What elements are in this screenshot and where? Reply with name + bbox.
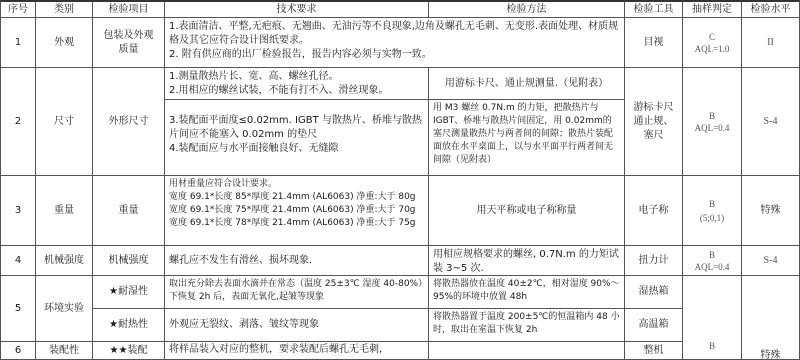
row5b-requirement: 外观应无裂纹、剥落、皱纹等现象 (165, 309, 429, 342)
row3-requirement: 用材重量应符合设计要求。 宽度 69.1*长度 85*厚度 21.4mm (AL… (165, 176, 429, 246)
row5b-tool: 高温箱 (625, 309, 683, 342)
row1-category: 外观 (36, 18, 93, 68)
row3-no: 3 (0, 176, 36, 246)
row2-sampling-grade: B (709, 110, 715, 122)
row5a-method: 将散热器放在温度 40±2℃，相对湿度 90%～95%的环境中放置 48h (429, 276, 625, 309)
row5b-item: ★耐热性 (93, 309, 165, 342)
row2-req-line4: 4.装配面应与水平面接触良好、无缝隙 (169, 142, 424, 156)
row3-tool: 电子称 (625, 176, 683, 246)
row3-category: 重量 (36, 176, 93, 246)
row4-no: 4 (0, 246, 36, 276)
header-item: 检验项目 (93, 0, 165, 18)
row3-sampling-plan: (5;0,1) (700, 211, 724, 225)
row6-requirement: 将样品装入对应的整机，要求装配后螺孔无毛刺， (165, 342, 429, 360)
row3-level: 特殊 (742, 176, 800, 246)
row1-requirement: 1.表面清洁、平整,无疤痕、无翘曲、无油污等不良现象,边角及螺孔无毛刺、无变形.… (165, 18, 625, 68)
row5a-requirement: 取出充分除去表面水滴并在常态（温度 25±3℃ 湿度 40-80%）下恢复 2h… (165, 276, 429, 309)
inspection-table: 序号 类别 检验项目 技术要求 检验方法 检验工具 抽样判定 检验水平 1 外观… (0, 0, 800, 360)
row3-method: 用天平称或电子称称量 (429, 176, 625, 246)
row5b-method: 将散热器置于温度 200±5℃的恒温箱内 48 小时，取出在室温下恢复 2h (429, 309, 625, 342)
row1-req-line2: 2. 附有供应商的出厂检验报告，报告内容必须与实物一致。 (169, 48, 620, 62)
row5-category: 环境实验 (36, 276, 93, 342)
row6-item: ★★装配 (93, 342, 165, 360)
row1-sampling-grade: C (709, 31, 715, 43)
row3-item: 重量 (93, 176, 165, 246)
header-requirement: 技术要求 (165, 0, 429, 18)
row4-sampling: B AQL=0.4 (683, 246, 742, 276)
row3-req-line1: 用材重量应符合设计要求。 (169, 178, 424, 191)
row4-sampling-grade: B (709, 249, 715, 261)
row2-sampling-aql: AQL=0.4 (695, 122, 730, 134)
row4-sampling-aql: AQL=0.4 (695, 261, 730, 273)
row2-tool: 游标卡尺通止规、塞尺 (625, 68, 683, 176)
row1-req-line1: 1.表面清洁、平整,无疤痕、无翘曲、无油污等不良现象,边角及螺孔无毛刺、无变形.… (169, 20, 620, 48)
row1-level: II (742, 18, 800, 68)
header-sampling: 抽样判定 (683, 0, 742, 18)
row6-method (429, 342, 625, 360)
header-level: 检验水平 (742, 0, 800, 18)
row4-item: 机械强度 (93, 246, 165, 276)
row5-6-level: 特殊 (742, 276, 800, 360)
header-tool: 检验工具 (625, 0, 683, 18)
row5-6-sampling: B (683, 276, 742, 360)
row2-requirement-a: 1.测量散热片长、宽、高、螺丝孔径。 2.用相应的螺丝试装，不能有打不入、滑丝现… (165, 68, 429, 100)
row4-level: S-4 (742, 246, 800, 276)
row4-requirement: 螺孔应不发生有滑丝、损坏现象. (165, 246, 429, 276)
row6-no: 6 (0, 342, 36, 360)
row2-method-a: 用游标卡尺、通止规测量.（见附表） (429, 68, 625, 100)
row2-no: 2 (0, 68, 36, 176)
row2-requirement-b: 3.装配面平面度≤0.02mm. IGBT 与散热片、桥堆与散热片间应不能塞入 … (165, 100, 429, 176)
row2-item: 外形尺寸 (93, 68, 165, 176)
row2-level: S-4 (742, 68, 800, 176)
row5a-item: ★耐湿性 (93, 276, 165, 309)
row2-method-b: 用 M3 螺丝 0.7N.m 的力矩，把散热片与IGBT、桥堆与散热片间固定，用… (429, 100, 625, 176)
row2-req-line3: 3.装配面平面度≤0.02mm. IGBT 与散热片、桥堆与散热片间应不能塞入 … (169, 114, 424, 142)
header-method: 检验方法 (429, 0, 625, 18)
row6-tool: 整机 (625, 342, 683, 360)
row2-req-line2: 2.用相应的螺丝试装，不能有打不入、滑丝现象。 (169, 84, 424, 98)
row2-category: 尺寸 (36, 68, 93, 176)
row4-category: 机械强度 (36, 246, 93, 276)
row3-req-line4: 宽度 69.1*长度 78*厚度 21.4mm (AL6063) 净重:大于 7… (169, 217, 424, 230)
header-no: 序号 (0, 0, 36, 18)
row3-sampling: B (5;0,1) (683, 176, 742, 246)
row3-sampling-grade: B (709, 197, 715, 211)
row6-category: 装配性 (36, 342, 93, 360)
row5-no: 5 (0, 276, 36, 342)
row2-req-line1: 1.测量散热片长、宽、高、螺丝孔径。 (169, 70, 424, 84)
header-category: 类别 (36, 0, 93, 18)
row1-sampling-aql: AQL=1.0 (695, 43, 730, 55)
row2-sampling: B AQL=0.4 (683, 68, 742, 176)
row4-method: 用相应规格要求的螺丝, 0.7N.m 的力矩试装 3~5 次. (429, 246, 625, 276)
row1-sampling: C AQL=1.0 (683, 18, 742, 68)
row4-tool: 扭力计 (625, 246, 683, 276)
row1-item: 包装及外观质量 (93, 18, 165, 68)
row3-req-line3: 宽度 69.1*长度 75*厚度 21.4mm (AL6063) 净重:大于 7… (169, 204, 424, 217)
row3-req-line2: 宽度 69.1*长度 85*厚度 21.4mm (AL6063) 净重:大于 8… (169, 191, 424, 204)
row1-tool: 目视 (625, 18, 683, 68)
row1-no: 1 (0, 18, 36, 68)
row5a-tool: 湿热箱 (625, 276, 683, 309)
